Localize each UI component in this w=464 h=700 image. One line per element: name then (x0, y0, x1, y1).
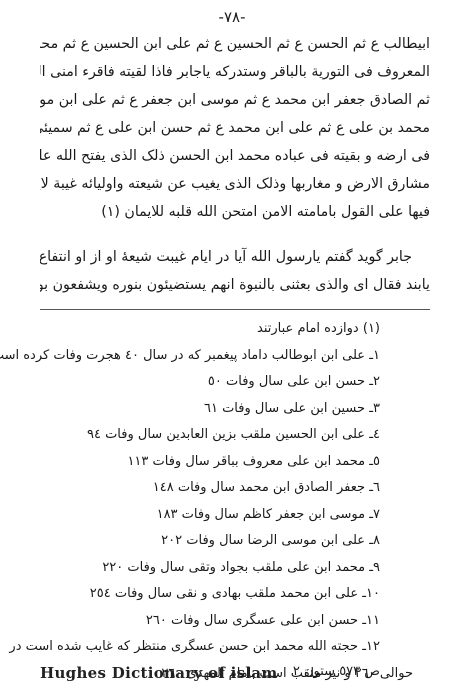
footnote-item: ١١ـ حسن ابن علی عسگری سال وفات ٢٦٠ (40, 608, 380, 635)
source-citation: Hughes Dictionary of islam ص ٥٧٣ ستون ٢ (40, 664, 380, 688)
footnote-heading: (١) دوازده امام عبارتند (40, 316, 380, 343)
footnote-item: ٧ـ موسی ابن جعفر کاظم سال وفات ١٨٣ (40, 502, 380, 529)
main-paragraph: ابیطالب ع ثم الحسن ع ثم الحسین ع ثم علی … (40, 30, 430, 226)
source-page-column: ص ٥٧٣ ستون ٢ (293, 664, 380, 679)
text-line: فی ارضه و بقیته فی عباده محمد ابن الحسن … (40, 142, 430, 170)
page-number: -٧٨- (0, 8, 464, 26)
text-line: فیها علی القول بامامته الامن امتحن الله … (40, 198, 430, 226)
footnote-item: ١٢ـ حجته الله محمد ابن حسن عسگری منتظر ک… (40, 634, 380, 661)
footnote-item: ٦ـ جعفر الصادق ابن محمد سال وفات ١٤٨ (40, 475, 380, 502)
text-line: محمد بن علی ع ثم علی ابن محمد ع ثم حسن ا… (40, 114, 430, 142)
footnote-item: ٢ـ حسن ابن علی سال وفات ٥٠ (40, 369, 380, 396)
text-line: المعروف فی التوریة بالباقر وستدرکه یاجاب… (40, 58, 430, 86)
footnote-divider (40, 309, 430, 310)
footnote-item: ٥ـ محمد ابن علی معروف بباقر سال وفات ١١٣ (40, 449, 380, 476)
text-line: ثم الصادق جعفر ابن محمد ع ثم موسی ابن جع… (40, 86, 430, 114)
text-line: یابند فقال ای والذی بعثنی بالنبوة انهم ی… (40, 271, 430, 299)
second-paragraph: جابر گوید گفتم یارسول الله آیا در ایام غ… (40, 243, 430, 299)
footnote-item: ١٠ـ علی ابن محمد ملقب بهادی و نقی سال وف… (40, 581, 380, 608)
text-line: ابیطالب ع ثم الحسن ع ثم الحسین ع ثم علی … (40, 30, 430, 58)
footnote-item: ٤ـ علی ابن الحسین ملقب بزین العابدین سال… (40, 422, 380, 449)
source-title: Hughes Dictionary of islam (40, 664, 278, 682)
footnote-item: ١ـ علی ابن ابوطالب داماد پیغمبر که در سا… (40, 343, 380, 370)
footnotes: (١) دوازده امام عبارتند ١ـ علی ابن ابوطا… (40, 316, 380, 687)
footnote-item: ٣ـ حسین ابن علی سال وفات ٦١ (40, 396, 380, 423)
footnote-item: ٩ـ محمد ابن علی ملقب بجواد وتقی سال وفات… (40, 555, 380, 582)
text-line: مشارق الارض و مغاربها وذلک الذی یغیب عن … (40, 170, 430, 198)
text-line: جابر گوید گفتم یارسول الله آیا در ایام غ… (40, 243, 430, 271)
footnote-item: ٨ـ علی ابن موسی الرضا سال وفات ٢٠٢ (40, 528, 380, 555)
